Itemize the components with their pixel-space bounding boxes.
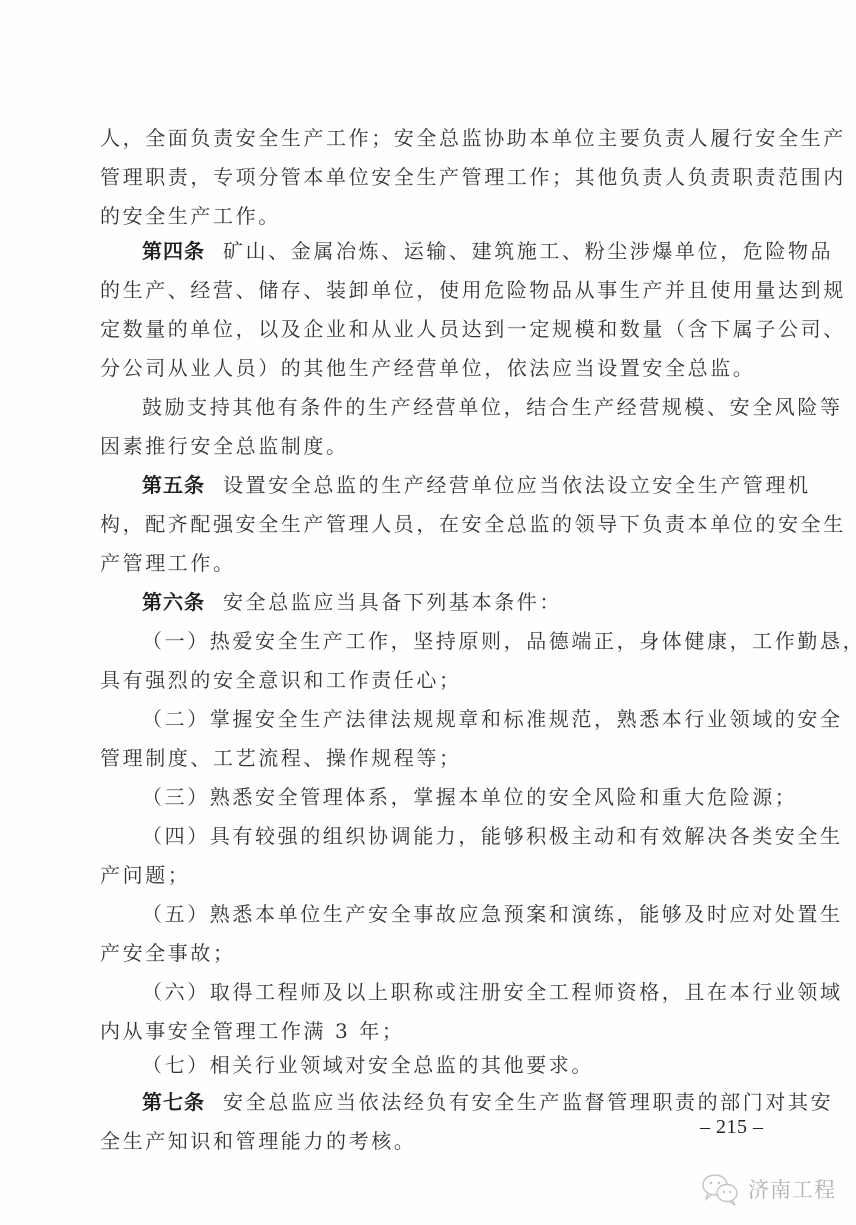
text-line: 构，配齐配强安全生产管理人员，在安全总监的领导下负责本单位的安全生: [100, 509, 770, 539]
line-text: 人，全面负责安全生产工作；安全总监协助本单位主要负责人履行安全生产: [100, 126, 846, 150]
list-item-1: （一）热爱安全生产工作，坚持原则，品德端正，身体健康，工作勤恳，: [142, 626, 812, 656]
article-heading: 第四条: [142, 239, 205, 263]
article-heading: 第五条: [142, 473, 205, 497]
text-line: 鼓励支持其他有条件的生产经营单位，结合生产经营规模、安全风险等: [142, 392, 812, 422]
line-text: 产问题；: [100, 863, 190, 887]
line-text: （三）熟悉安全管理体系，掌握本单位的安全风险和重大危险源；: [142, 785, 797, 809]
text-line: 定数量的单位，以及企业和从业人员达到一定规模和数量（含下属子公司、: [100, 314, 770, 344]
line-text: 产安全事故；: [100, 941, 236, 965]
line-text: 管理制度、工艺流程、操作规程等；: [100, 746, 462, 770]
line-text: 矿山、金属冶炼、运输、建筑施工、粉尘涉爆单位，危险物品: [223, 239, 833, 263]
article-5-first-line: 第五条设置安全总监的生产经营单位应当依法设立安全生产管理机: [142, 470, 812, 500]
page-number: – 215 –: [700, 1116, 764, 1139]
watermark-text: 济南工程: [748, 1174, 836, 1204]
line-text: （一）热爱安全生产工作，坚持原则，品德端正，身体健康，工作勤恳，: [142, 629, 856, 653]
line-text: 的安全生产工作。: [100, 204, 281, 228]
line-text: 具有强烈的安全意识和工作责任心；: [100, 668, 462, 692]
text-line: 产管理工作。: [100, 548, 770, 578]
line-text: （四）具有较强的组织协调能力，能够积极主动和有效解决各类安全生: [142, 824, 843, 848]
document-page: 人，全面负责安全生产工作；安全总监协助本单位主要负责人履行安全生产 管理职责，专…: [0, 0, 856, 1225]
line-text: 内从事安全管理工作满 3 年；: [100, 1019, 404, 1043]
text-line: 的生产、经营、储存、装卸单位，使用危险物品从事生产并且使用量达到规: [100, 275, 770, 305]
article-4-first-line: 第四条矿山、金属冶炼、运输、建筑施工、粉尘涉爆单位，危险物品: [142, 236, 812, 266]
article-heading: 第六条: [142, 590, 205, 614]
list-item-3: （三）熟悉安全管理体系，掌握本单位的安全风险和重大危险源；: [142, 782, 812, 812]
line-text: 分公司从业人员）的其他生产经营单位，依法应当设置安全总监。: [100, 356, 755, 380]
line-text: 安全总监应当具备下列基本条件：: [223, 590, 562, 614]
line-text: 产管理工作。: [100, 551, 236, 575]
line-text: （六）取得工程师及以上职称或注册安全工程师资格，且在本行业领域: [142, 980, 843, 1004]
line-text: （二）掌握安全生产法律法规规章和标准规范，熟悉本行业领域的安全: [142, 707, 843, 731]
article-heading: 第七条: [142, 1090, 205, 1114]
list-item-6: （六）取得工程师及以上职称或注册安全工程师资格，且在本行业领域: [142, 977, 812, 1007]
line-text: 鼓励支持其他有条件的生产经营单位，结合生产经营规模、安全风险等: [142, 395, 843, 419]
text-line: 人，全面负责安全生产工作；安全总监协助本单位主要负责人履行安全生产: [100, 123, 770, 153]
text-line: 具有强烈的安全意识和工作责任心；: [100, 665, 770, 695]
line-text: （七）相关行业领域对安全总监的其他要求。: [142, 1053, 594, 1077]
line-text: 全生产知识和管理能力的考核。: [100, 1129, 416, 1153]
list-item-5: （五）熟悉本单位生产安全事故应急预案和演练，能够及时应对处置生: [142, 899, 812, 929]
line-text: 管理职责，专项分管本单位安全生产管理工作；其他负责人负责职责范围内: [100, 165, 846, 189]
line-text: 定数量的单位，以及企业和从业人员达到一定规模和数量（含下属子公司、: [100, 317, 846, 341]
text-line: 产问题；: [100, 860, 770, 890]
text-line: 管理制度、工艺流程、操作规程等；: [100, 743, 770, 773]
wechat-icon: [700, 1172, 742, 1206]
text-line: 的安全生产工作。: [100, 201, 770, 231]
line-text: 因素推行安全总监制度。: [100, 434, 349, 458]
line-text: （五）熟悉本单位生产安全事故应急预案和演练，能够及时应对处置生: [142, 902, 843, 926]
text-line: 管理职责，专项分管本单位安全生产管理工作；其他负责人负责职责范围内: [100, 162, 770, 192]
article-7-first-line: 第七条安全总监应当依法经负有安全生产监督管理职责的部门对其安: [142, 1087, 812, 1117]
text-line: 产安全事故；: [100, 938, 770, 968]
article-6-first-line: 第六条安全总监应当具备下列基本条件：: [142, 587, 812, 617]
text-line: 全生产知识和管理能力的考核。: [100, 1126, 770, 1156]
text-line: 分公司从业人员）的其他生产经营单位，依法应当设置安全总监。: [100, 353, 770, 383]
line-text: 的生产、经营、储存、装卸单位，使用危险物品从事生产并且使用量达到规: [100, 278, 846, 302]
list-item-2: （二）掌握安全生产法律法规规章和标准规范，熟悉本行业领域的安全: [142, 704, 812, 734]
line-text: 构，配齐配强安全生产管理人员，在安全总监的领导下负责本单位的安全生: [100, 512, 846, 536]
watermark: 济南工程: [700, 1172, 836, 1206]
list-item-7: （七）相关行业领域对安全总监的其他要求。: [142, 1050, 812, 1080]
list-item-4: （四）具有较强的组织协调能力，能够积极主动和有效解决各类安全生: [142, 821, 812, 851]
text-line: 内从事安全管理工作满 3 年；: [100, 1016, 770, 1046]
line-text: 安全总监应当依法经负有安全生产监督管理职责的部门对其安: [223, 1090, 833, 1114]
text-line: 因素推行安全总监制度。: [100, 431, 770, 461]
line-text: 设置安全总监的生产经营单位应当依法设立安全生产管理机: [223, 473, 811, 497]
